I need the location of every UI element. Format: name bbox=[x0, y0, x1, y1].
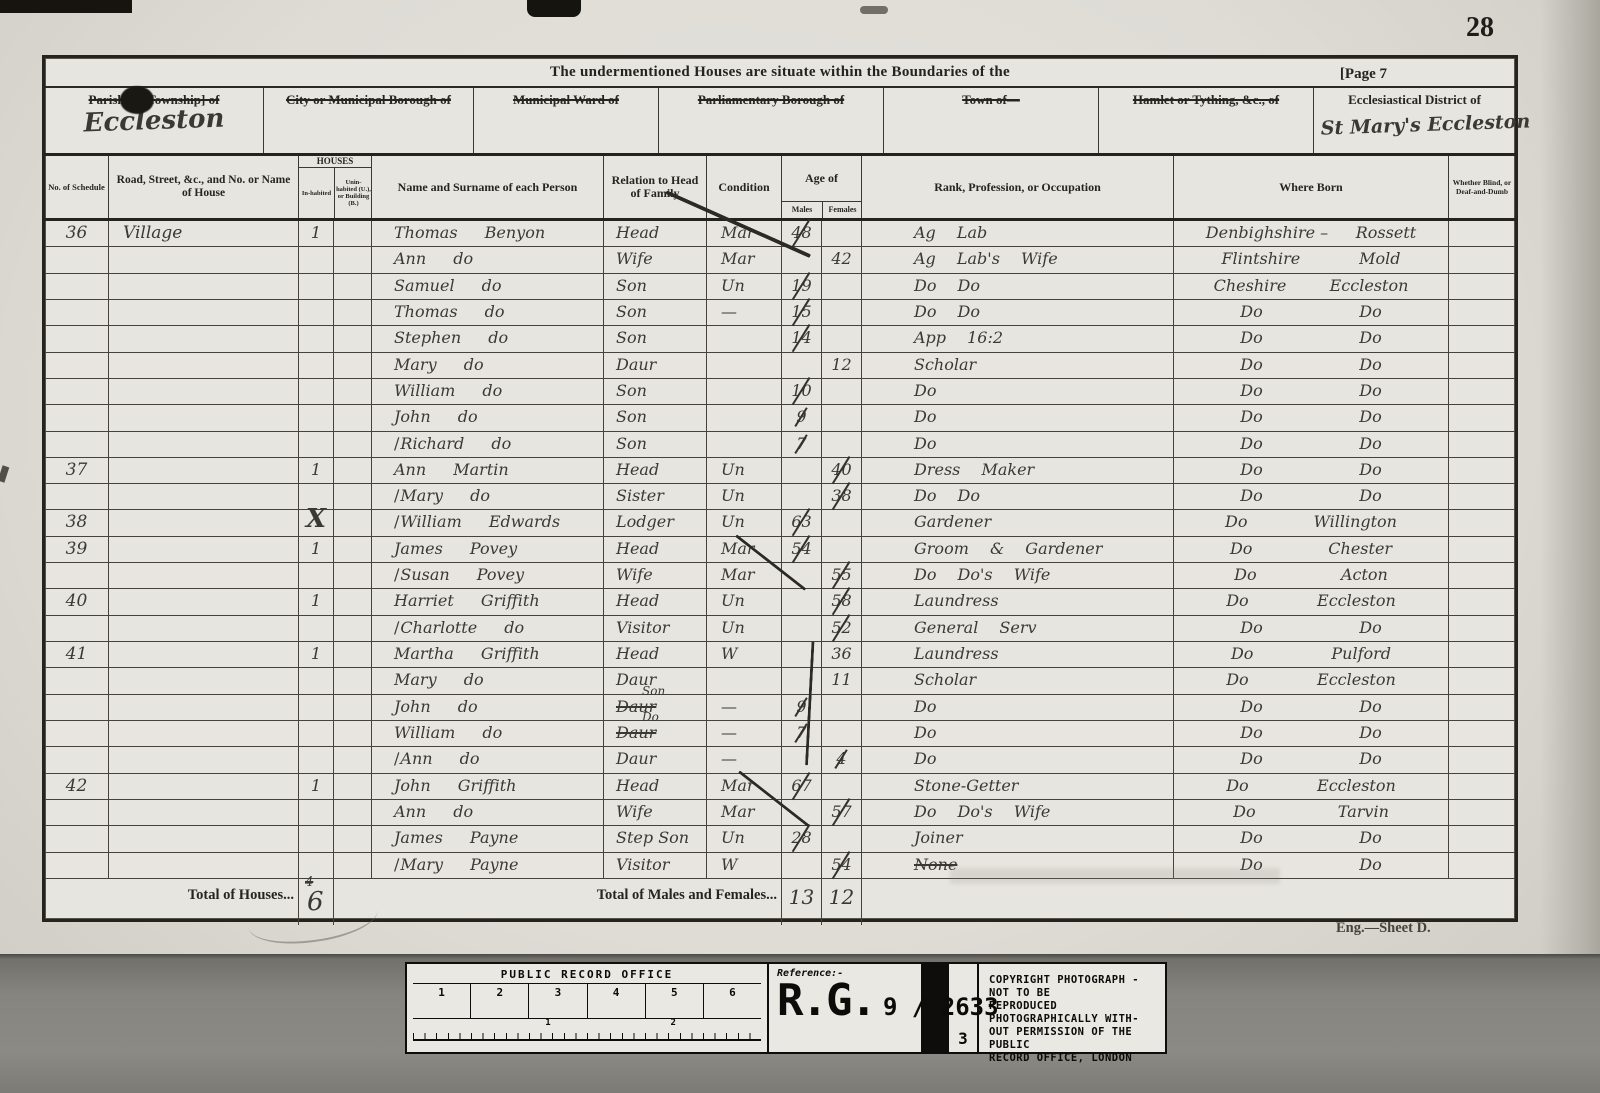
occupation: Scholar bbox=[861, 353, 1173, 378]
condition: Un bbox=[706, 589, 781, 614]
scanned-census-page: 28 The undermentioned Houses are situate… bbox=[0, 0, 1600, 1093]
condition bbox=[706, 405, 781, 430]
relation-to-head: Head bbox=[603, 458, 706, 483]
schedule-number bbox=[45, 247, 108, 272]
houses-uninhabited bbox=[333, 721, 371, 746]
schedule-number bbox=[45, 668, 108, 693]
where-born: DoDo bbox=[1173, 484, 1448, 509]
road-name bbox=[108, 747, 298, 772]
relation-to-head: Son bbox=[603, 274, 706, 299]
cm-label-1: 1 bbox=[545, 1018, 550, 1028]
col-blind: Whether Blind, or Deaf-and-Dumb bbox=[1448, 156, 1515, 218]
person-name: ∕Ann do bbox=[371, 747, 603, 772]
houses-inhabited bbox=[298, 379, 333, 404]
person-name: Martha Griffith bbox=[371, 642, 603, 667]
houses-uninhabited bbox=[333, 563, 371, 588]
parliamentary-label: Parliamentary Borough of bbox=[698, 92, 844, 107]
total-females: 12 bbox=[821, 879, 861, 925]
houses-inhabited bbox=[298, 274, 333, 299]
census-row: William doDoDaur—7DoDoDo bbox=[45, 721, 1515, 747]
age-male: 9 bbox=[781, 405, 821, 430]
where-born: DoDo bbox=[1173, 326, 1448, 351]
census-row: Samuel doSonUn19Do DoCheshireEccleston bbox=[45, 274, 1515, 300]
blind-deaf bbox=[1448, 800, 1515, 825]
blind-deaf bbox=[1448, 853, 1515, 878]
age-male bbox=[781, 642, 821, 667]
relation-to-head: Son bbox=[603, 432, 706, 457]
road-name bbox=[108, 563, 298, 588]
blind-deaf bbox=[1448, 510, 1515, 535]
age-female bbox=[821, 695, 861, 720]
age-male bbox=[781, 589, 821, 614]
age-male: 9 bbox=[781, 695, 821, 720]
relation-to-head: DoDaur bbox=[603, 721, 706, 746]
relation-to-head: Wife bbox=[603, 800, 706, 825]
where-born: DoDo bbox=[1173, 695, 1448, 720]
where-born: DoDo bbox=[1173, 405, 1448, 430]
road-name bbox=[108, 484, 298, 509]
road-name bbox=[108, 537, 298, 562]
road-name bbox=[108, 826, 298, 851]
person-name: John Griffith bbox=[371, 774, 603, 799]
person-name: ∕Susan Povey bbox=[371, 563, 603, 588]
where-born: DoPulford bbox=[1173, 642, 1448, 667]
col-age: Age of Males Females bbox=[781, 156, 861, 218]
road-name bbox=[108, 353, 298, 378]
houses-inhabited bbox=[298, 247, 333, 272]
blind-deaf bbox=[1448, 405, 1515, 430]
census-row: James PayneStep SonUn28JoinerDoDo bbox=[45, 826, 1515, 852]
road-name bbox=[108, 668, 298, 693]
column-headers: No. of Schedule Road, Street, &c., and N… bbox=[45, 156, 1515, 221]
col-inhabited: In-habited bbox=[299, 168, 334, 218]
hamlet-cell: Hamlet or Tything, &c., of bbox=[1098, 88, 1313, 153]
road-name bbox=[108, 853, 298, 878]
schedule-number bbox=[45, 405, 108, 430]
houses-inhabited: X bbox=[298, 510, 333, 535]
col-females: Females bbox=[822, 202, 862, 218]
blind-deaf bbox=[1448, 379, 1515, 404]
copyright-line: REPRODUCED PHOTOGRAPHICALLY WITH- bbox=[989, 1000, 1165, 1026]
census-row: ∕Charlotte doVisitorUn52General ServDoDo bbox=[45, 616, 1515, 642]
houses-uninhabited bbox=[333, 353, 371, 378]
col-rank: Rank, Profession, or Occupation bbox=[861, 156, 1173, 218]
schedule-number bbox=[45, 616, 108, 641]
relation-to-head: Lodger bbox=[603, 510, 706, 535]
parliamentary-cell: Parliamentary Borough of bbox=[658, 88, 883, 153]
road-name bbox=[108, 774, 298, 799]
occupation: Do Do bbox=[861, 300, 1173, 325]
age-male: 14 bbox=[781, 326, 821, 351]
age-male: 19 bbox=[781, 274, 821, 299]
houses-inhabited: 1 bbox=[298, 537, 333, 562]
occupation: Do bbox=[861, 432, 1173, 457]
reference-class: R.G. bbox=[777, 981, 875, 1021]
ward-label: Municipal Ward of bbox=[513, 92, 619, 107]
houses-inhabited bbox=[298, 405, 333, 430]
houses-inhabited bbox=[298, 721, 333, 746]
where-born: DoDo bbox=[1173, 747, 1448, 772]
where-born: DoTarvin bbox=[1173, 800, 1448, 825]
condition: Mar bbox=[706, 563, 781, 588]
houses-uninhabited bbox=[333, 247, 371, 272]
blind-deaf bbox=[1448, 642, 1515, 667]
inch-mark: 1 bbox=[413, 984, 471, 1018]
condition: Un bbox=[706, 616, 781, 641]
schedule-number: 36 bbox=[45, 221, 108, 246]
road-name bbox=[108, 589, 298, 614]
census-row: 411Martha GriffithHeadW36LaundressDoPulf… bbox=[45, 642, 1515, 668]
age-male: 7 bbox=[781, 721, 821, 746]
condition: — bbox=[706, 747, 781, 772]
occupation: Do bbox=[861, 379, 1173, 404]
location-header: Parish [or Township] of Eccleston City o… bbox=[45, 88, 1515, 156]
schedule-number bbox=[45, 484, 108, 509]
road-name bbox=[108, 247, 298, 272]
blind-deaf bbox=[1448, 458, 1515, 483]
road-name bbox=[108, 800, 298, 825]
blind-deaf bbox=[1448, 563, 1515, 588]
condition: W bbox=[706, 853, 781, 878]
houses-uninhabited bbox=[333, 642, 371, 667]
person-name: ∕Charlotte do bbox=[371, 616, 603, 641]
houses-inhabited bbox=[298, 326, 333, 351]
ecclesiastical-value: St Mary's Eccleston bbox=[1306, 114, 1545, 136]
copyright-line: COPYRIGHT PHOTOGRAPH - NOT TO BE bbox=[989, 974, 1165, 1000]
road-name bbox=[108, 405, 298, 430]
census-row: Thomas doSon—15Do DoDoDo bbox=[45, 300, 1515, 326]
road-name bbox=[108, 510, 298, 535]
schedule-number: 40 bbox=[45, 589, 108, 614]
schedule-number: 39 bbox=[45, 537, 108, 562]
totals-rest bbox=[861, 879, 1515, 925]
blind-deaf bbox=[1448, 274, 1515, 299]
census-row: 421John GriffithHeadMar67Stone-GetterDoE… bbox=[45, 774, 1515, 800]
blind-deaf bbox=[1448, 826, 1515, 851]
schedule-number bbox=[45, 721, 108, 746]
person-name: Samuel do bbox=[371, 274, 603, 299]
road-name bbox=[108, 458, 298, 483]
condition: Mar bbox=[706, 800, 781, 825]
age-female: 55 bbox=[821, 563, 861, 588]
road-name bbox=[108, 721, 298, 746]
houses-uninhabited bbox=[333, 484, 371, 509]
person-name: John do bbox=[371, 405, 603, 430]
inch-mark: 4 bbox=[588, 984, 646, 1018]
census-row: 391James PoveyHeadMar54Groom & GardenerD… bbox=[45, 537, 1515, 563]
age-female bbox=[821, 221, 861, 246]
person-name: Ann Martin bbox=[371, 458, 603, 483]
age-male: 28 bbox=[781, 826, 821, 851]
houses-inhabited: 1 bbox=[298, 642, 333, 667]
houses-uninhabited bbox=[333, 589, 371, 614]
blind-deaf bbox=[1448, 300, 1515, 325]
census-row: 371Ann MartinHeadUn40Dress MakerDoDo bbox=[45, 458, 1515, 484]
age-male: 54 bbox=[781, 537, 821, 562]
scan-edge-smudge bbox=[860, 6, 888, 14]
relation-to-head: Wife bbox=[603, 247, 706, 272]
col-road: Road, Street, &c., and No. or Name of Ho… bbox=[108, 156, 298, 218]
occupation: Gardener bbox=[861, 510, 1173, 535]
city-cell: City or Municipal Borough of bbox=[263, 88, 473, 153]
age-female bbox=[821, 432, 861, 457]
where-born: DoDo bbox=[1173, 721, 1448, 746]
reference-extra-digit: 3 bbox=[949, 964, 979, 1052]
page-number: 28 bbox=[1466, 12, 1494, 44]
relation-to-head: Wife bbox=[603, 563, 706, 588]
occupation: Ag Lab's Wife bbox=[861, 247, 1173, 272]
relation-to-head: Step Son bbox=[603, 826, 706, 851]
schedule-number: 37 bbox=[45, 458, 108, 483]
col-males: Males bbox=[782, 202, 822, 218]
condition: W bbox=[706, 642, 781, 667]
age-female bbox=[821, 537, 861, 562]
relation-to-head: Head bbox=[603, 642, 706, 667]
age-female: 58 bbox=[821, 589, 861, 614]
age-male: 15 bbox=[781, 300, 821, 325]
occupation: Groom & Gardener bbox=[861, 537, 1173, 562]
relation-to-head: Head bbox=[603, 537, 706, 562]
blind-deaf bbox=[1448, 432, 1515, 457]
occupation: Dress Maker bbox=[861, 458, 1173, 483]
schedule-number bbox=[45, 826, 108, 851]
form-title: The undermentioned Houses are situate wi… bbox=[550, 64, 1010, 80]
condition: — bbox=[706, 721, 781, 746]
relation-to-head: Son bbox=[603, 379, 706, 404]
schedule-number bbox=[45, 353, 108, 378]
age-female bbox=[821, 826, 861, 851]
person-name: ∕William Edwards bbox=[371, 510, 603, 535]
occupation: Do Do bbox=[861, 274, 1173, 299]
age-female bbox=[821, 721, 861, 746]
col-relation: Relation to Head of Family bbox=[603, 156, 706, 218]
census-row: John doSon9DoDoDo bbox=[45, 405, 1515, 431]
blind-deaf bbox=[1448, 721, 1515, 746]
schedule-number bbox=[45, 274, 108, 299]
bleed-through bbox=[950, 868, 1280, 884]
blind-deaf bbox=[1448, 589, 1515, 614]
copyright-line: OUT PERMISSION OF THE PUBLIC bbox=[989, 1026, 1165, 1052]
houses-uninhabited bbox=[333, 326, 371, 351]
where-born: DoDo bbox=[1173, 432, 1448, 457]
ecclesiastical-cell: Ecclesiastical District of St Mary's Ecc… bbox=[1313, 88, 1515, 153]
age-male bbox=[781, 668, 821, 693]
census-row: 401Harriet GriffithHeadUn58LaundressDoEc… bbox=[45, 589, 1515, 615]
houses-uninhabited bbox=[333, 300, 371, 325]
reference-number: 9 / 2633 bbox=[883, 993, 999, 1021]
occupation: Laundress bbox=[861, 642, 1173, 667]
condition: Un bbox=[706, 510, 781, 535]
col-houses-title: HOUSES bbox=[299, 156, 371, 168]
houses-uninhabited bbox=[333, 747, 371, 772]
road-name bbox=[108, 274, 298, 299]
ecclesiastical-label: Ecclesiastical District of bbox=[1348, 92, 1481, 107]
houses-inhabited bbox=[298, 616, 333, 641]
age-female: 4 bbox=[821, 747, 861, 772]
relation-to-head: Son bbox=[603, 326, 706, 351]
occupation: Do Do's Wife bbox=[861, 563, 1173, 588]
blind-deaf bbox=[1448, 484, 1515, 509]
where-born: DoWillington bbox=[1173, 510, 1448, 535]
condition: Un bbox=[706, 458, 781, 483]
houses-uninhabited bbox=[333, 800, 371, 825]
houses-inhabited: 1 bbox=[298, 589, 333, 614]
relation-to-head: Son bbox=[603, 300, 706, 325]
houses-uninhabited bbox=[333, 405, 371, 430]
census-row: Stephen doSon14App 16:2DoDo bbox=[45, 326, 1515, 352]
schedule-number bbox=[45, 800, 108, 825]
age-male bbox=[781, 616, 821, 641]
houses-uninhabited bbox=[333, 853, 371, 878]
ward-cell: Municipal Ward of bbox=[473, 88, 658, 153]
schedule-number bbox=[45, 300, 108, 325]
where-born: DoDo bbox=[1173, 458, 1448, 483]
condition bbox=[706, 668, 781, 693]
houses-uninhabited bbox=[333, 616, 371, 641]
houses-uninhabited bbox=[333, 274, 371, 299]
where-born: FlintshireMold bbox=[1173, 247, 1448, 272]
age-female bbox=[821, 300, 861, 325]
houses-inhabited bbox=[298, 853, 333, 878]
age-male bbox=[781, 458, 821, 483]
blind-deaf bbox=[1448, 616, 1515, 641]
road-name bbox=[108, 379, 298, 404]
scan-edge-smudge bbox=[0, 0, 132, 13]
reference-line: R.G. 9 / 2633 bbox=[777, 981, 921, 1021]
houses-uninhabited bbox=[333, 537, 371, 562]
census-row: ∕Mary doSisterUn38Do DoDoDo bbox=[45, 484, 1515, 510]
schedule-number bbox=[45, 747, 108, 772]
inch-mark: 5 bbox=[646, 984, 704, 1018]
houses-uninhabited bbox=[333, 695, 371, 720]
person-name: William do bbox=[371, 721, 603, 746]
age-female: 40 bbox=[821, 458, 861, 483]
road-name bbox=[108, 695, 298, 720]
houses-inhabited bbox=[298, 353, 333, 378]
census-row: Ann doWifeMar42Ag Lab's WifeFlintshireMo… bbox=[45, 247, 1515, 273]
age-male: 10 bbox=[781, 379, 821, 404]
condition: Un bbox=[706, 274, 781, 299]
age-male: 63 bbox=[781, 510, 821, 535]
houses-inhabited bbox=[298, 432, 333, 457]
age-male: 7 bbox=[781, 432, 821, 457]
census-row: William doSon10DoDoDo bbox=[45, 379, 1515, 405]
houses-inhabited: 1 bbox=[298, 221, 333, 246]
houses-inhabited bbox=[298, 300, 333, 325]
where-born: CheshireEccleston bbox=[1173, 274, 1448, 299]
ink-blot bbox=[120, 86, 154, 114]
inch-mark: 2 bbox=[471, 984, 529, 1018]
col-condition: Condition bbox=[706, 156, 781, 218]
houses-uninhabited bbox=[333, 668, 371, 693]
inch-ruler: 123456 bbox=[413, 983, 761, 1019]
person-name: Harriet Griffith bbox=[371, 589, 603, 614]
age-female: 12 bbox=[821, 353, 861, 378]
road-name: Village bbox=[108, 221, 298, 246]
schedule-number bbox=[45, 326, 108, 351]
copyright-notice: COPYRIGHT PHOTOGRAPH - NOT TO BEREPRODUC… bbox=[979, 964, 1165, 1052]
occupation: Laundress bbox=[861, 589, 1173, 614]
condition bbox=[706, 379, 781, 404]
relation-to-head: Head bbox=[603, 589, 706, 614]
age-female: 11 bbox=[821, 668, 861, 693]
houses-uninhabited bbox=[333, 432, 371, 457]
census-row: ∕Mary PayneVisitorW54NoneDoDo bbox=[45, 853, 1515, 879]
houses-inhabited bbox=[298, 668, 333, 693]
where-born: DoDo bbox=[1173, 353, 1448, 378]
age-female: 54 bbox=[821, 853, 861, 878]
occupation: Ag Lab bbox=[861, 221, 1173, 246]
occupation: Joiner bbox=[861, 826, 1173, 851]
age-female bbox=[821, 326, 861, 351]
condition bbox=[706, 432, 781, 457]
schedule-number bbox=[45, 379, 108, 404]
census-row: John doSonDaur—9DoDoDo bbox=[45, 695, 1515, 721]
where-born: DoEccleston bbox=[1173, 774, 1448, 799]
person-name: William do bbox=[371, 379, 603, 404]
where-born: DoActon bbox=[1173, 563, 1448, 588]
scan-edge-smudge bbox=[0, 465, 9, 482]
blind-deaf bbox=[1448, 747, 1515, 772]
person-name: James Payne bbox=[371, 826, 603, 851]
scan-edge-shadow bbox=[1540, 0, 1600, 954]
person-name: John do bbox=[371, 695, 603, 720]
relation-to-head: Son bbox=[603, 405, 706, 430]
condition bbox=[706, 326, 781, 351]
age-male: 48 bbox=[781, 221, 821, 246]
blind-deaf bbox=[1448, 247, 1515, 272]
houses-uninhabited bbox=[333, 379, 371, 404]
age-male bbox=[781, 353, 821, 378]
age-male bbox=[781, 747, 821, 772]
census-rows: 36Village1Thomas BenyonHeadMar48Ag LabDe… bbox=[45, 221, 1515, 879]
col-houses-sub: In-habited Unin-habited (U.), or Buildin… bbox=[299, 168, 371, 218]
pro-office-title: PUBLIC RECORD OFFICE bbox=[407, 964, 767, 981]
census-row: Mary doDaur12ScholarDoDo bbox=[45, 353, 1515, 379]
person-name: ∕Richard do bbox=[371, 432, 603, 457]
inch-mark: 6 bbox=[704, 984, 761, 1018]
cm-ruler: 1 2 bbox=[413, 1025, 761, 1041]
road-name bbox=[108, 642, 298, 667]
person-name: ∕Mary do bbox=[371, 484, 603, 509]
where-born: DoDo bbox=[1173, 616, 1448, 641]
where-born: DoChester bbox=[1173, 537, 1448, 562]
houses-inhabited bbox=[298, 826, 333, 851]
ruler-panel: PUBLIC RECORD OFFICE 123456 1 2 bbox=[407, 964, 769, 1052]
occupation: Scholar bbox=[861, 668, 1173, 693]
houses-inhabited bbox=[298, 563, 333, 588]
form-title-row: The undermentioned Houses are situate wi… bbox=[45, 58, 1515, 88]
relation-to-head: Visitor bbox=[603, 616, 706, 641]
occupation: Do bbox=[861, 405, 1173, 430]
schedule-number bbox=[45, 432, 108, 457]
houses-inhabited: 1 bbox=[298, 458, 333, 483]
condition: — bbox=[706, 300, 781, 325]
schedule-number: 41 bbox=[45, 642, 108, 667]
occupation: Do bbox=[861, 695, 1173, 720]
where-born: DoEccleston bbox=[1173, 589, 1448, 614]
town-label: Town of— bbox=[962, 92, 1020, 107]
occupation: Do bbox=[861, 747, 1173, 772]
occupation: Stone-Getter bbox=[861, 774, 1173, 799]
occupation: Do bbox=[861, 721, 1173, 746]
census-row: ∕Richard doSon7DoDoDo bbox=[45, 432, 1515, 458]
condition bbox=[706, 353, 781, 378]
city-label: City or Municipal Borough of bbox=[286, 92, 451, 107]
where-born: DoDo bbox=[1173, 826, 1448, 851]
houses-uninhabited bbox=[333, 221, 371, 246]
schedule-number: 42 bbox=[45, 774, 108, 799]
